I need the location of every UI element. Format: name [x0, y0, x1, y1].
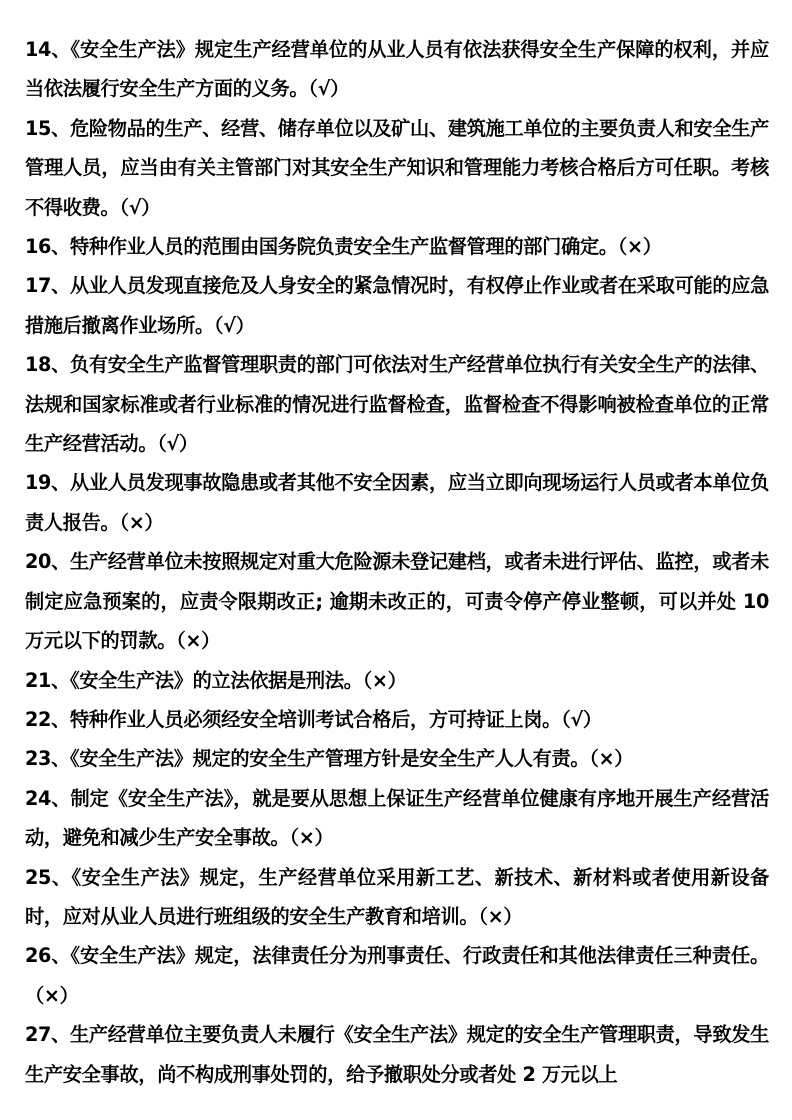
- question-item-20: 20、生产经营单位未按照规定对重大危险源未登记建档，或者未进行评估、监控，或者未…: [25, 542, 769, 660]
- question-item-17: 17、从业人员发现直接危及人身安全的紧急情况时，有权停止作业或者在采取可能的应急…: [25, 266, 769, 345]
- question-item-15: 15、危险物品的生产、经营、储存单位以及矿山、建筑施工单位的主要负责人和安全生产…: [25, 109, 769, 227]
- question-item-23: 23、《安全生产法》规定的安全生产管理方针是安全生产人人有责。（×）: [25, 739, 769, 778]
- question-item-19: 19、从业人员发现事故隐患或者其他不安全因素，应当立即向现场运行人员或者本单位负…: [25, 463, 769, 542]
- question-item-25: 25、《安全生产法》规定，生产经营单位采用新工艺、新技术、新材料或者使用新设备时…: [25, 858, 769, 937]
- question-item-26: 26、《安全生产法》规定，法律责任分为刑事责任、行政责任和其他法律责任三种责任。…: [25, 936, 769, 1015]
- question-item-24: 24、制定《安全生产法》，就是要从思想上保证生产经营单位健康有序地开展生产经营活…: [25, 779, 769, 858]
- document-page: 14、《安全生产法》规定生产经营单位的从业人员有依法获得安全生产保障的权利，并应…: [25, 30, 769, 1094]
- question-item-14: 14、《安全生产法》规定生产经营单位的从业人员有依法获得安全生产保障的权利，并应…: [25, 30, 769, 109]
- question-item-27: 27、生产经营单位主要负责人未履行《安全生产法》规定的安全生产管理职责，导致发生…: [25, 1015, 769, 1094]
- question-item-18: 18、负有安全生产监督管理职责的部门可依法对生产经营单位执行有关安全生产的法律、…: [25, 345, 769, 463]
- question-item-22: 22、特种作业人员必须经安全培训考试合格后，方可持证上岗。（√）: [25, 700, 769, 739]
- question-item-16: 16、特种作业人员的范围由国务院负责安全生产监督管理的部门确定。（×）: [25, 227, 769, 266]
- question-item-21: 21、《安全生产法》的立法依据是刑法。（×）: [25, 661, 769, 700]
